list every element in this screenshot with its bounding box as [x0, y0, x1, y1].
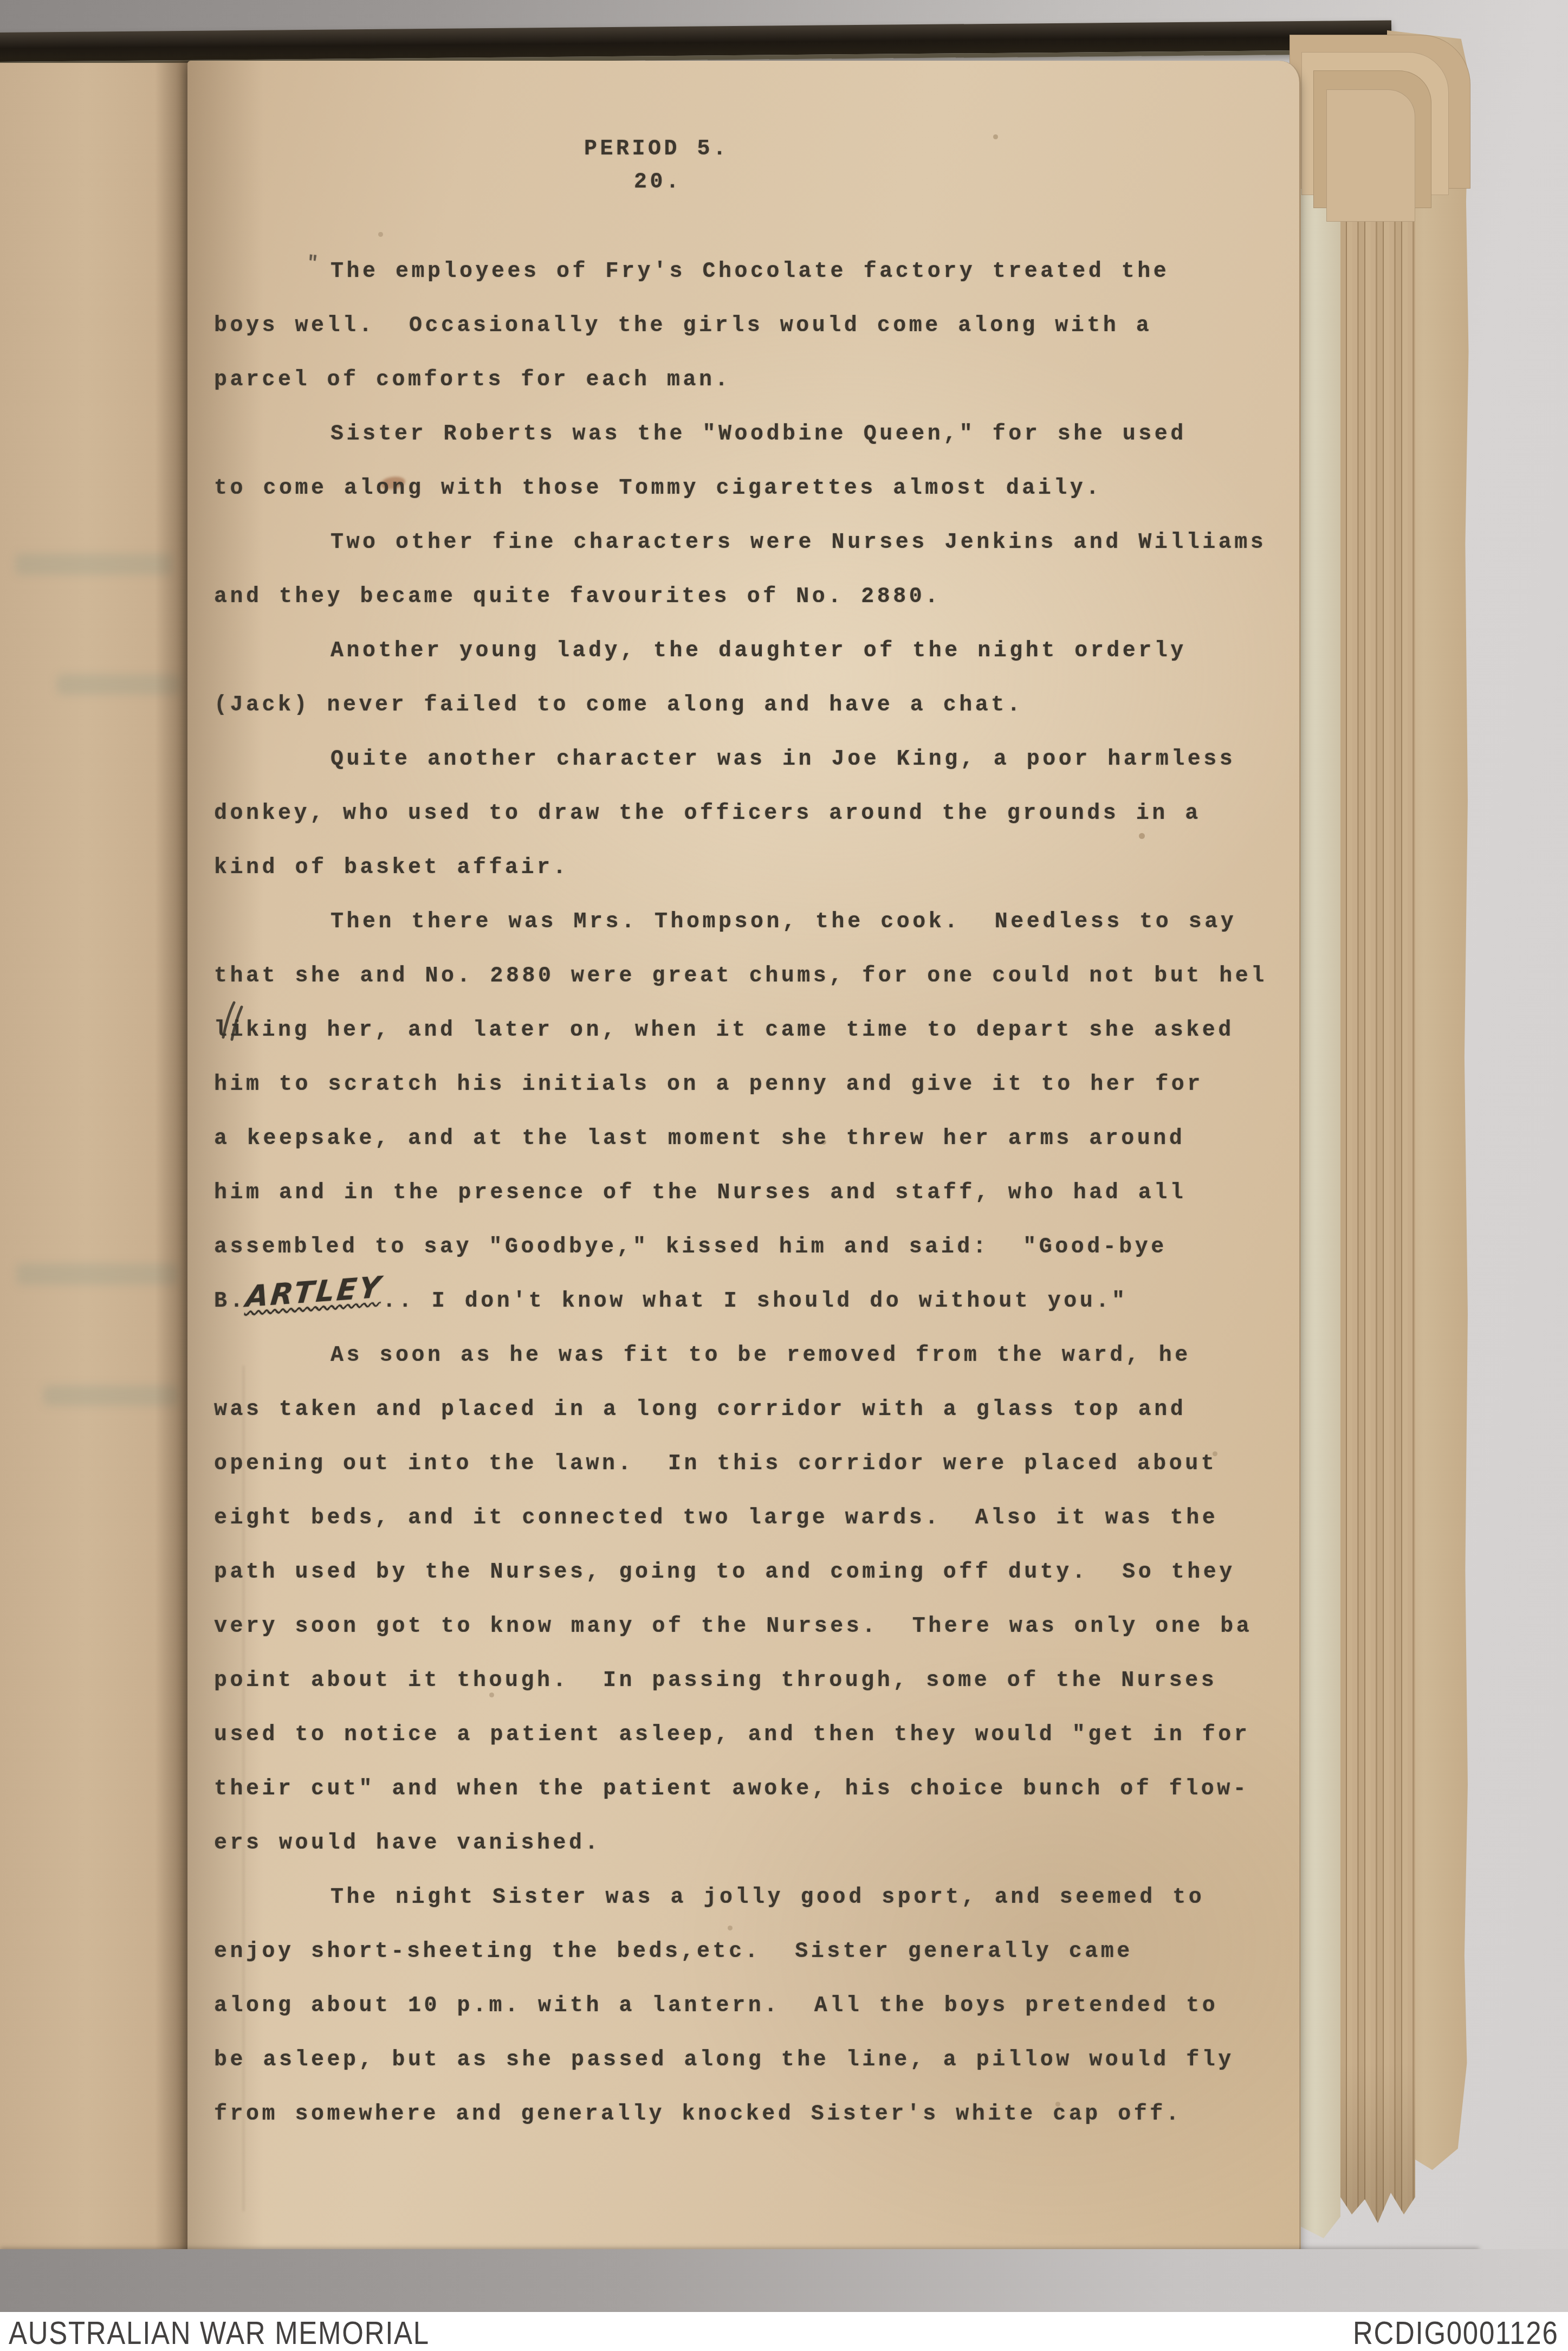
- paper-specks: [0, 0, 3, 3]
- page-number: 20.: [634, 170, 682, 195]
- page-corner-fan: [1326, 89, 1415, 222]
- typed-line: to come along with those Tommy cigarette…: [214, 462, 1292, 516]
- typed-line: assembled to say "Goodbye," kissed him a…: [214, 1220, 1292, 1275]
- typed-line: him to scratch his initials on a penny a…: [214, 1058, 1292, 1112]
- typed-line: Then there was Mrs. Thompson, the cook. …: [214, 895, 1292, 950]
- typed-line: The employees of Fry's Chocolate factory…: [214, 245, 1292, 299]
- typed-line: path used by the Nurses, going to and co…: [214, 1546, 1292, 1600]
- typed-initial: B.: [214, 1289, 246, 1314]
- scanned-page-photo: PERIOD 5. 20. " The employees of Fry's C…: [0, 0, 1568, 2351]
- period-heading: PERIOD 5.: [584, 137, 729, 162]
- typed-line: donkey, who used to draw the officers ar…: [214, 787, 1292, 841]
- typed-line: enjoy short-sheeting the beds,etc. Siste…: [214, 1925, 1292, 1979]
- typed-continuation: .. I don't know what I should do without…: [383, 1289, 1128, 1314]
- typed-line: The night Sister was a jolly good sport,…: [214, 1871, 1292, 1925]
- typed-line: opening out into the lawn. In this corri…: [214, 1437, 1292, 1491]
- typed-line: Another young lady, the daughter of the …: [214, 624, 1292, 679]
- archive-id: RCDIG0001126: [1353, 2312, 1558, 2351]
- typed-line: a keepsake, and at the last moment she t…: [214, 1112, 1292, 1166]
- page-stack-pale-edge: [1298, 80, 1340, 2247]
- typed-line: and they became quite favourites of No. …: [214, 570, 1292, 624]
- insertion-caret-mark: [218, 998, 246, 1042]
- page-stack-fore-edges: [1334, 65, 1415, 2236]
- typed-line: Two other fine characters were Nurses Je…: [214, 516, 1292, 570]
- typed-line: very soon got to know many of the Nurses…: [214, 1600, 1292, 1654]
- typed-line: that she and No. 2880 were great chums, …: [214, 950, 1292, 1004]
- typed-line: B.ARTLEY.. I don't know what I should do…: [214, 1275, 1292, 1329]
- typed-line: (Jack) never failed to come along and ha…: [214, 679, 1292, 733]
- typed-line: along about 10 p.m. with a lantern. All …: [214, 1979, 1292, 2033]
- typed-line: point about it though. In passing throug…: [214, 1654, 1292, 1708]
- typed-line: liking her, and later on, when it came t…: [214, 1004, 1292, 1058]
- typed-line: from somewhere and generally knocked Sis…: [214, 2088, 1292, 2142]
- archive-name: AUSTRALIAN WAR MEMORIAL: [9, 2312, 430, 2351]
- typed-line: their cut" and when the patient awoke, h…: [214, 1762, 1292, 1817]
- typed-line: ers would have vanished.: [214, 1817, 1292, 1871]
- handwritten-name: ARTLEY: [246, 1287, 383, 1297]
- ink-bleed-through: [16, 1263, 179, 1285]
- typed-line: him and in the presence of the Nurses an…: [214, 1166, 1292, 1220]
- typed-line: used to notice a patient asleep, and the…: [214, 1708, 1292, 1762]
- typed-line: boys well. Occasionally the girls would …: [214, 299, 1292, 353]
- typed-lines: The employees of Fry's Chocolate factory…: [214, 245, 1292, 2142]
- typed-line: Sister Roberts was the "Woodbine Queen,"…: [214, 408, 1292, 462]
- scanner-surface: [0, 2249, 1568, 2312]
- typed-line: eight beds, and it connected two large w…: [214, 1491, 1292, 1546]
- archive-footer: AUSTRALIAN WAR MEMORIAL RCDIG0001126: [0, 2312, 1568, 2351]
- ink-bleed-through: [15, 553, 172, 575]
- typed-line: As soon as he was fit to be removed from…: [214, 1329, 1292, 1383]
- typed-line: Quite another character was in Joe King,…: [214, 733, 1292, 787]
- typed-line: be asleep, but as she passed along the l…: [214, 2033, 1292, 2088]
- typed-line: was taken and placed in a long corridor …: [214, 1383, 1292, 1437]
- typed-line: parcel of comforts for each man.: [214, 353, 1292, 408]
- typed-line: kind of basket affair.: [214, 841, 1292, 895]
